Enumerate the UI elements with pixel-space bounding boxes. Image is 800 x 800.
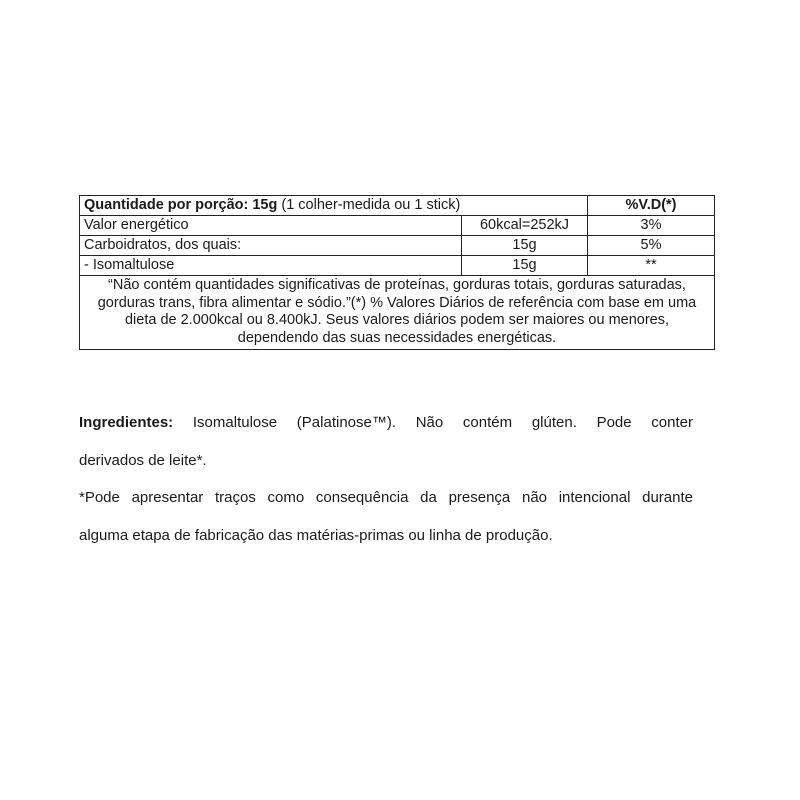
table-footnote-row: “Não contém quantidades significativas d… <box>80 276 715 350</box>
vd-header: %V.D(*) <box>588 196 715 216</box>
table-header-row: Quantidade por porção: 15g (1 colher-med… <box>80 196 715 216</box>
table-row: - Isomaltulose 15g ** <box>80 256 715 276</box>
allergen-note-line-2: alguma etapa de fabricação das matérias-… <box>79 517 693 555</box>
ingredients-line-1: Ingredientes: Isomaltulose (Palatinose™)… <box>79 404 693 442</box>
nutrient-amount: 15g <box>462 256 588 276</box>
nutrient-amount: 15g <box>462 236 588 256</box>
nutrient-vd: 5% <box>588 236 715 256</box>
nutrition-facts-table: Quantidade por porção: 15g (1 colher-med… <box>79 195 715 350</box>
nutrient-name: Carboidratos, dos quais: <box>80 236 462 256</box>
ingredients-section: Ingredientes: Isomaltulose (Palatinose™)… <box>79 404 693 554</box>
allergen-note-line-1: *Pode apresentar traços como consequênci… <box>79 479 693 517</box>
portion-description: (1 colher-medida ou 1 stick) <box>277 197 460 213</box>
portion-header: Quantidade por porção: 15g (1 colher-med… <box>80 196 588 216</box>
portion-label: Quantidade por porção: 15g <box>84 197 277 213</box>
nutrient-name: - Isomaltulose <box>80 256 462 276</box>
ingredients-line-2: derivados de leite*. <box>79 442 693 480</box>
nutrient-vd: ** <box>588 256 715 276</box>
nutrient-name: Valor energético <box>80 216 462 236</box>
table-footnote: “Não contém quantidades significativas d… <box>80 276 715 350</box>
nutrient-amount: 60kcal=252kJ <box>462 216 588 236</box>
table-row: Valor energético 60kcal=252kJ 3% <box>80 216 715 236</box>
ingredients-label: Ingredientes: <box>79 414 173 431</box>
nutrient-vd: 3% <box>588 216 715 236</box>
table-row: Carboidratos, dos quais: 15g 5% <box>80 236 715 256</box>
